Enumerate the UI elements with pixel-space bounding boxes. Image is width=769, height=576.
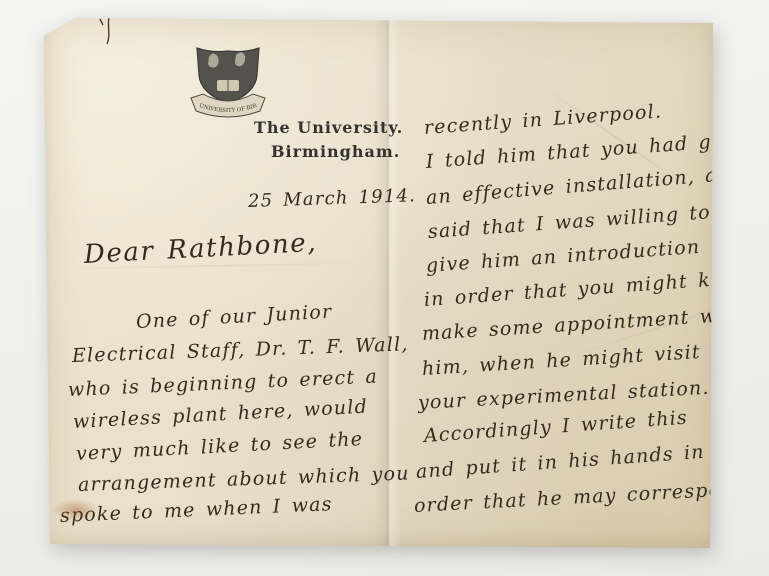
handwritten-line: order that he may correspond	[413, 478, 748, 517]
handwritten-line: make some appointment with	[421, 303, 747, 345]
ink-stain	[52, 499, 100, 521]
handwritten-line: arrangement about which you	[78, 462, 410, 496]
letterhead-city: Birmingham.	[271, 142, 400, 161]
handwritten-line: wireless plant here, would	[72, 396, 368, 433]
handwritten-line: who is beginning to erect a	[68, 365, 379, 401]
letter-paper: UNIVERSITY OF BIRMINGHAM The University.…	[44, 15, 716, 550]
handwritten-line: very much like to see the	[75, 428, 363, 465]
letter-photograph: UNIVERSITY OF BIRMINGHAM The University.…	[0, 0, 769, 576]
handwritten-line: Electrical Staff, Dr. T. F. Wall,	[72, 333, 409, 367]
letterhead-institution: The University.	[254, 118, 403, 137]
handwritten-line: One of our Junior	[135, 301, 332, 333]
handwritten-line: said that I was willing to	[427, 201, 711, 243]
university-crest-icon: UNIVERSITY OF BIRMINGHAM	[188, 45, 268, 121]
handwritten-line: recently in Liverpool.	[423, 100, 663, 139]
paper-sheet: UNIVERSITY OF BIRMINGHAM The University.…	[44, 15, 716, 550]
handwritten-line: and put it in his hands in	[415, 441, 705, 483]
handwritten-line: give him an introduction	[425, 236, 701, 277]
handwritten-line: Accordingly I write this	[423, 407, 688, 447]
ink-mark	[96, 17, 118, 47]
handwritten-line: him, when he might visit	[421, 341, 701, 380]
handwritten-line: spoke to me when I was	[60, 493, 334, 527]
